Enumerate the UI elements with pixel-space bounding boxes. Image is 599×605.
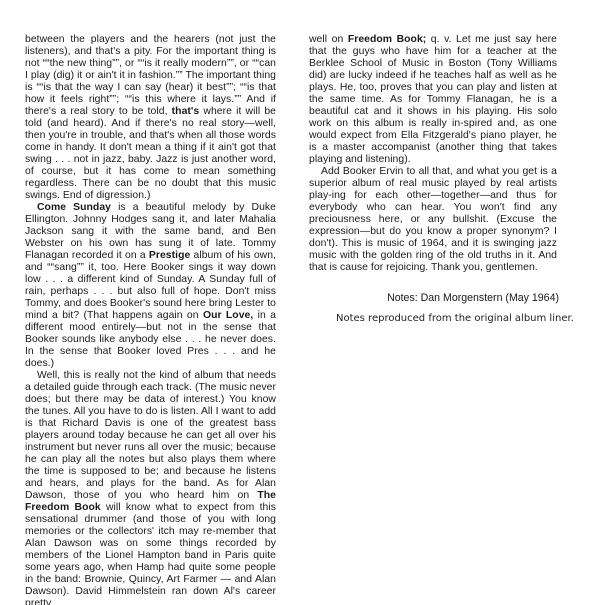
text-run: will know what to expect from this sensa… (25, 502, 276, 605)
text-run: where it will be told (and heard). And i… (25, 106, 276, 201)
author-credit: Notes: Dan Morgenstern (May 1964) (387, 292, 559, 304)
text-run: well on (309, 34, 348, 45)
paragraph-album-guide: Well, this is really not the kind of alb… (25, 370, 276, 605)
text-run: Add Booker Ervin to all that, and what y… (309, 166, 557, 273)
text-run: Well, this is really not the kind of alb… (25, 370, 276, 501)
right-column: well on Freedom Book; q. v. Let me just … (309, 34, 557, 274)
paragraph-booker-ervin: Add Booker Ervin to all that, and what y… (309, 166, 557, 274)
text-run: q. v. Let me just say here that the guys… (309, 34, 557, 165)
emphasized-title: Prestige (149, 250, 190, 261)
emphasized-title: Our Love, (203, 310, 253, 321)
reproduction-note: Notes reproduced from the original album… (336, 313, 574, 325)
paragraph-come-sunday: Come Sunday is a beautiful melody by Duk… (25, 202, 276, 370)
left-column: between the players and the hearers (not… (25, 34, 276, 605)
paragraph-digression: between the players and the hearers (not… (25, 34, 276, 202)
paragraph-freedom-book: well on Freedom Book; q. v. Let me just … (309, 34, 557, 166)
liner-notes-page: between the players and the hearers (not… (0, 0, 599, 605)
emphasized-title: Freedom Book; (348, 34, 426, 45)
emphasized-title: Come Sunday (37, 202, 111, 213)
emphasized-title: that's (172, 106, 200, 117)
text-run: between the players and the hearers (not… (25, 34, 276, 117)
